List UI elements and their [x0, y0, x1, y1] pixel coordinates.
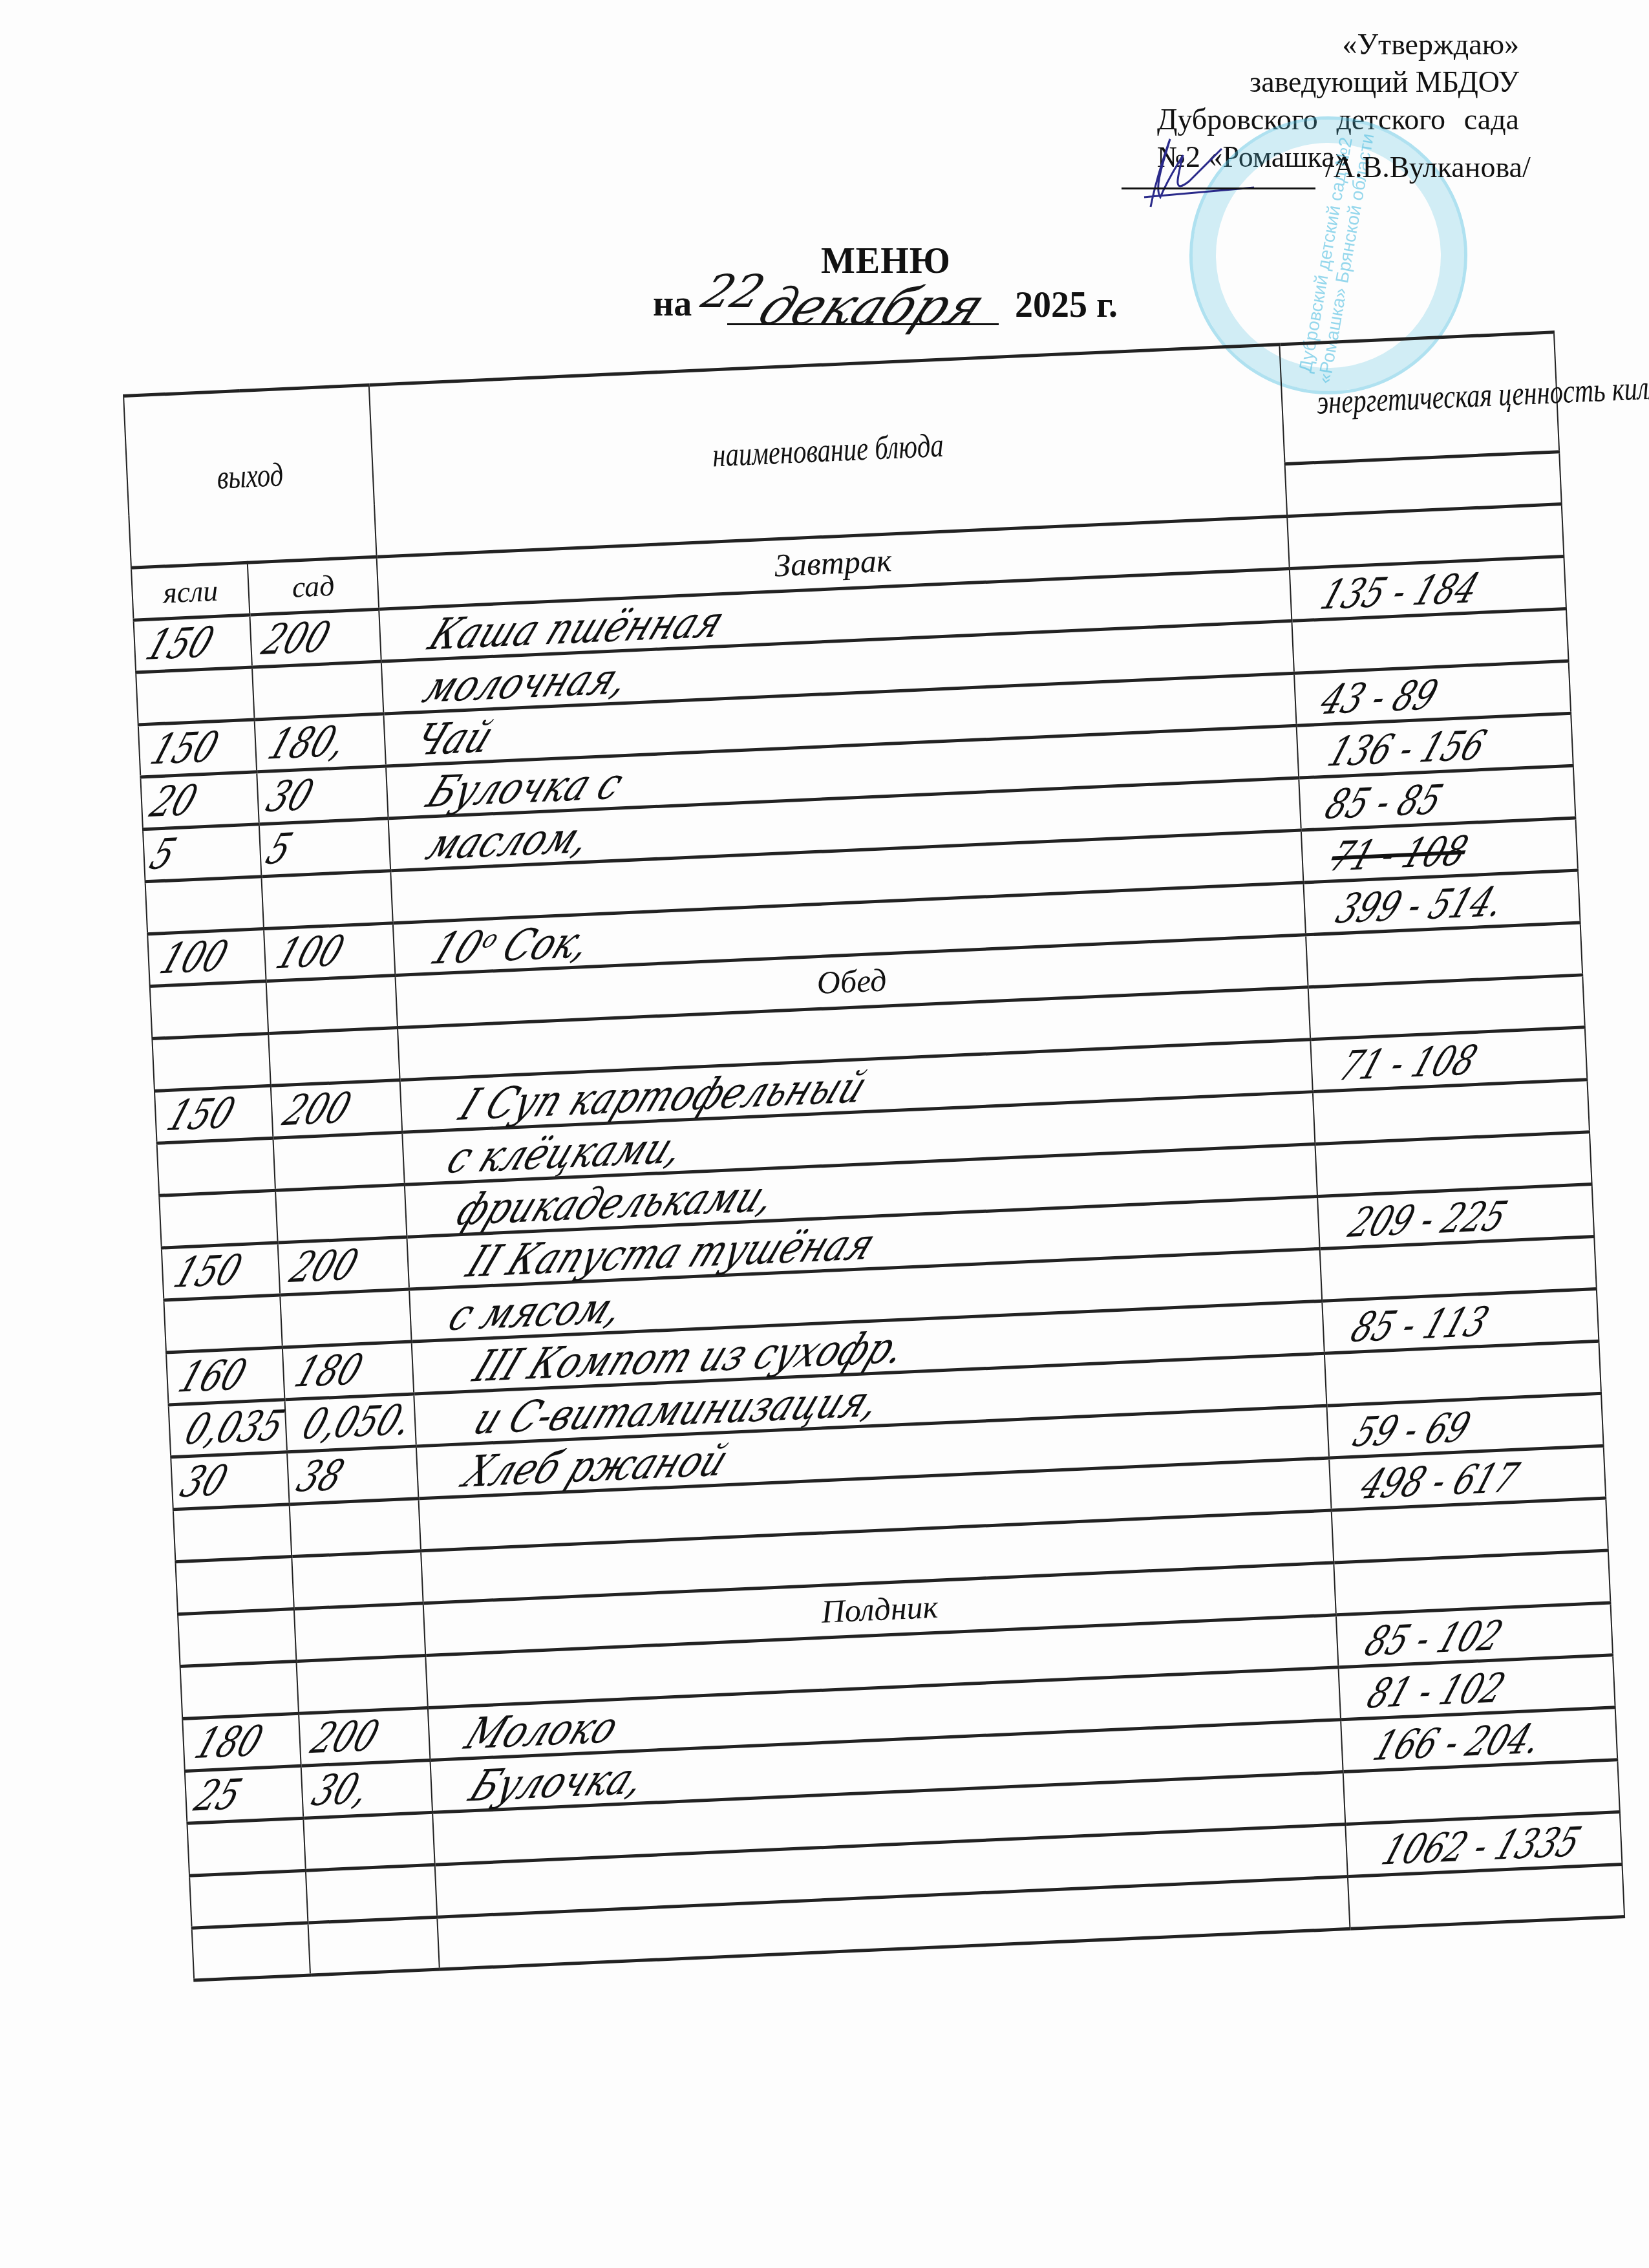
dish-name: Булочка, [462, 1753, 653, 1812]
energy-value: 498 - 617 [1355, 1453, 1526, 1508]
nursery-value: 0,035 [178, 1402, 290, 1455]
kindergarten-cell: 200 [299, 1708, 430, 1766]
kindergarten-cell [275, 1184, 407, 1243]
nursery-cell: 0,035 [169, 1400, 287, 1457]
nursery-cell: 20 [140, 772, 259, 829]
header-output: выход [151, 386, 350, 566]
energy-value: 59 - 69 [1347, 1403, 1477, 1456]
nursery-cell: 150 [162, 1243, 280, 1300]
date-day: 22 [695, 265, 772, 318]
date-prefix: на [653, 283, 692, 325]
document-title: МЕНЮ [821, 241, 951, 282]
nursery-value: 150 [161, 1089, 241, 1141]
dish-name: маслом, [420, 812, 599, 870]
kindergarten-cell: 38 [287, 1446, 418, 1504]
energy-value: 71 - 108 [1334, 1036, 1484, 1089]
nursery-cell [157, 1138, 275, 1195]
kindergarten-cell: 200 [271, 1080, 402, 1138]
nursery-cell [145, 877, 264, 934]
header-energy: энергетическая ценность кил/кал [1310, 334, 1529, 463]
energy-value: 85 - 113 [1345, 1298, 1495, 1351]
energy-value: 71 - 108 [1324, 827, 1474, 881]
kindergarten-value: 200 [256, 614, 336, 665]
kindergarten-cell [268, 1028, 399, 1086]
kindergarten-value: 100 [270, 927, 350, 979]
nursery-cell: 150 [154, 1086, 273, 1143]
energy-value: 43 - 89 [1315, 670, 1445, 723]
nursery-cell [192, 1923, 310, 1980]
kindergarten-value: 180 [289, 1346, 369, 1398]
kindergarten-cell [308, 1917, 439, 1975]
date-year: 2025 г. [1015, 284, 1118, 326]
nursery-value: 20 [144, 776, 204, 827]
nursery-cell: 25 [185, 1766, 303, 1823]
subheader-kindergarten: сад [248, 557, 379, 615]
nursery-cell [136, 667, 254, 725]
nursery-cell: 180 [182, 1713, 301, 1771]
menu-page: «Утверждаю» заведующий МБДОУ Дубровского… [0, 0, 1649, 2268]
energy-value: 1062 - 1335 [1376, 1817, 1588, 1874]
nursery-cell: 100 [147, 929, 266, 987]
nursery-cell: 5 [143, 824, 261, 882]
nursery-cell [152, 1033, 270, 1091]
energy-value: 81 - 102 [1361, 1664, 1511, 1717]
dish-name: Чай [407, 711, 501, 765]
nursery-value: 5 [144, 830, 182, 880]
kindergarten-cell: 180, [255, 714, 386, 772]
kindergarten-value: 180, [262, 718, 352, 769]
nursery-value: 180 [189, 1717, 269, 1769]
kindergarten-cell [261, 871, 392, 929]
energy-value: 85 - 102 [1359, 1611, 1509, 1665]
kindergarten-cell: 100 [264, 923, 395, 981]
kindergarten-cell [292, 1551, 423, 1609]
energy-value: 399 - 514. [1330, 877, 1511, 933]
nursery-value: 150 [168, 1246, 248, 1298]
nursery-value: 100 [154, 932, 234, 984]
kindergarten-cell [303, 1812, 434, 1870]
nursery-cell [159, 1190, 277, 1248]
date-month: декабря [749, 278, 995, 336]
dish-name: 10ᵒ Сок, [424, 917, 599, 974]
signature-line [1122, 181, 1315, 189]
kindergarten-value: 38 [291, 1451, 350, 1502]
empty-cell [266, 976, 398, 1034]
kindergarten-cell: 180 [282, 1342, 414, 1400]
kindergarten-value: 0,050. [296, 1396, 418, 1450]
empty-cell [150, 981, 268, 1039]
kindergarten-value: 200 [277, 1084, 357, 1136]
nursery-value: 160 [173, 1351, 253, 1403]
nursery-cell [164, 1295, 282, 1353]
kindergarten-cell [296, 1656, 427, 1714]
approval-heading: «Утверждаю» [1157, 26, 1519, 63]
kindergarten-cell [290, 1499, 421, 1557]
nursery-cell: 150 [134, 615, 252, 672]
energy-value: 209 - 225 [1343, 1192, 1513, 1247]
energy-value: 135 - 184 [1315, 564, 1485, 619]
approval-position: заведующий МБДОУ [1157, 63, 1519, 101]
kindergarten-value: 200 [284, 1241, 364, 1293]
subheader-nursery: ясли [131, 562, 250, 620]
header-dish-name: наименование блюда [469, 349, 1187, 553]
kindergarten-cell: 5 [259, 818, 390, 877]
kindergarten-cell: 30, [301, 1760, 432, 1818]
nursery-value: 25 [188, 1771, 248, 1821]
energy-value: 166 - 204. [1368, 1715, 1548, 1770]
kindergarten-cell: 0,050. [284, 1394, 416, 1452]
nursery-cell [175, 1557, 293, 1614]
kindergarten-value: 30, [306, 1765, 376, 1816]
kindergarten-value: 200 [305, 1712, 385, 1764]
dish-name: с мясом, [442, 1282, 632, 1340]
kindergarten-cell: 200 [278, 1237, 409, 1295]
nursery-cell [180, 1661, 299, 1718]
kindergarten-cell: 200 [250, 609, 381, 667]
kindergarten-cell: 30 [257, 766, 388, 824]
nursery-value: 150 [140, 619, 220, 670]
kindergarten-cell [273, 1132, 404, 1190]
nursery-value: 30 [175, 1457, 234, 1507]
dish-name: Молоко [458, 1702, 626, 1759]
nursery-cell: 30 [171, 1452, 289, 1510]
nursery-value: 150 [144, 723, 224, 775]
empty-cell [178, 1609, 296, 1667]
energy-value: 136 - 156 [1322, 721, 1493, 776]
energy-value: 85 - 85 [1319, 775, 1449, 828]
kindergarten-cell [280, 1289, 411, 1347]
signature [1131, 136, 1261, 213]
signer-name: /А.В.Вулканова/ [1325, 150, 1531, 184]
nursery-cell: 160 [166, 1347, 284, 1405]
nursery-cell [187, 1818, 305, 1876]
kindergarten-cell [306, 1865, 437, 1923]
nursery-cell: 150 [138, 720, 257, 777]
kindergarten-value: 30 [261, 771, 320, 822]
kindergarten-value: 5 [260, 825, 298, 875]
empty-cell [294, 1603, 425, 1662]
kindergarten-cell [252, 661, 383, 720]
nursery-cell [189, 1870, 308, 1928]
nursery-cell [173, 1504, 292, 1562]
menu-table: выход наименование блюда энергетическая … [123, 329, 1649, 1982]
